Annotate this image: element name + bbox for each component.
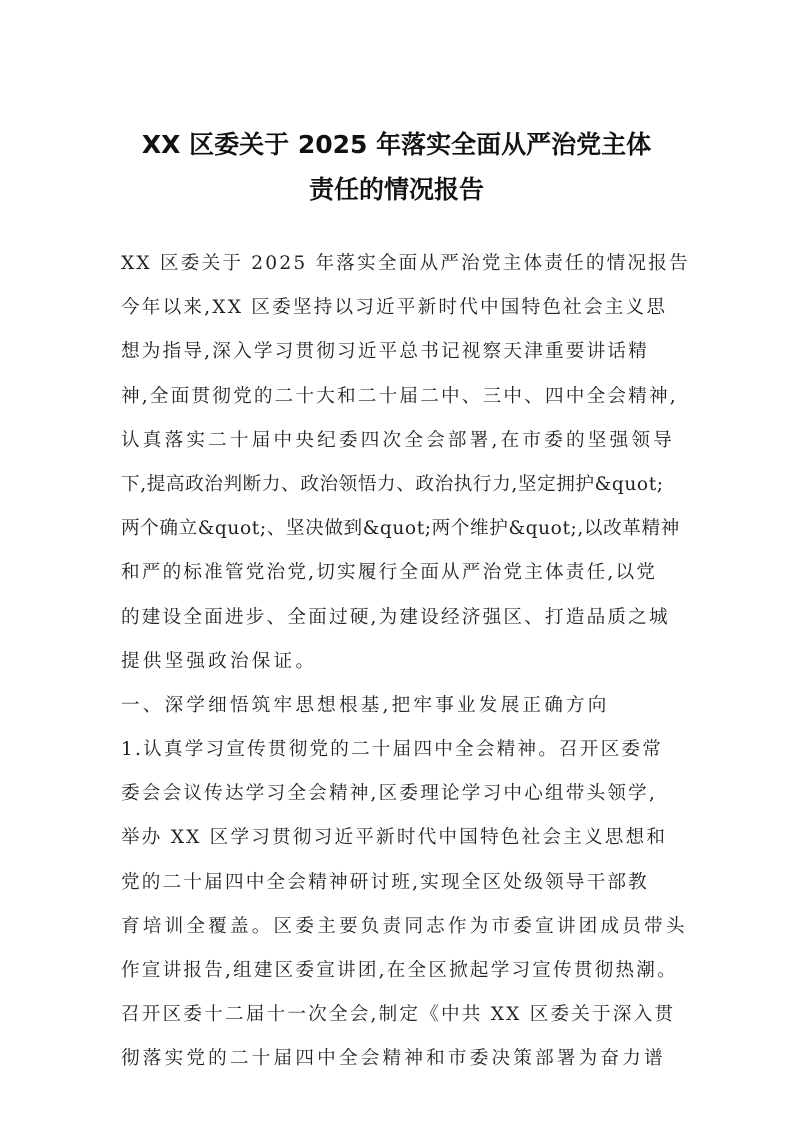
body-line: 作宣讲报告,组建区委宣讲团,在全区掀起学习宣传贯彻热潮。 bbox=[121, 949, 673, 993]
body-line: 育培训全覆盖。区委主要负责同志作为市委宣讲团成员带头 bbox=[121, 905, 673, 949]
body-line: XX 区委关于 2025 年落实全面从严治党主体责任的情况报告 bbox=[121, 242, 673, 286]
document-title-line-2: 责任的情况报告 bbox=[100, 167, 693, 212]
body-line: 的建设全面进步、全面过硬,为建设经济强区、打造品质之城 bbox=[121, 596, 673, 640]
body-line: 举办 XX 区学习贯彻习近平新时代中国特色社会主义思想和 bbox=[121, 816, 673, 860]
body-line: 认真落实二十届中央纪委四次全会部署,在市委的坚强领导 bbox=[121, 419, 673, 463]
document-title-line-1: XX 区委关于 2025 年落实全面从严治党主体 bbox=[100, 122, 693, 167]
body-line: 下,提高政治判断力、政治领悟力、政治执行力,坚定拥护&quot; bbox=[121, 463, 673, 507]
body-line: 1.认真学习宣传贯彻党的二十届四中全会精神。召开区委常 bbox=[121, 728, 673, 772]
body-line: 提供坚强政治保证。 bbox=[121, 640, 673, 684]
body-line: 委会会议传达学习全会精神,区委理论学习中心组带头领学, bbox=[121, 772, 673, 816]
body-line: 今年以来,XX 区委坚持以习近平新时代中国特色社会主义思 bbox=[121, 286, 673, 330]
section-heading: 一、深学细悟筑牢思想根基,把牢事业发展正确方向 bbox=[121, 684, 673, 728]
body-line: 召开区委十二届十一次全会,制定《中共 XX 区委关于深入贯 bbox=[121, 993, 673, 1037]
body-line: 彻落实党的二十届四中全会精神和市委决策部署为奋力谱 bbox=[121, 1037, 673, 1081]
body-line: 党的二十届四中全会精神研讨班,实现全区处级领导干部教 bbox=[121, 861, 673, 905]
document-page: XX 区委关于 2025 年落实全面从严治党主体 责任的情况报告 XX 区委关于… bbox=[0, 0, 793, 1122]
body-line: 两个确立&quot;、坚决做到&quot;两个维护&quot;,以改革精神 bbox=[121, 507, 673, 551]
document-body: XX 区委关于 2025 年落实全面从严治党主体责任的情况报告 今年以来,XX … bbox=[121, 242, 673, 1082]
body-line: 想为指导,深入学习贯彻习近平总书记视察天津重要讲话精 bbox=[121, 330, 673, 374]
body-line: 神,全面贯彻党的二十大和二十届二中、三中、四中全会精神, bbox=[121, 375, 673, 419]
body-line: 和严的标准管党治党,切实履行全面从严治党主体责任,以党 bbox=[121, 551, 673, 595]
